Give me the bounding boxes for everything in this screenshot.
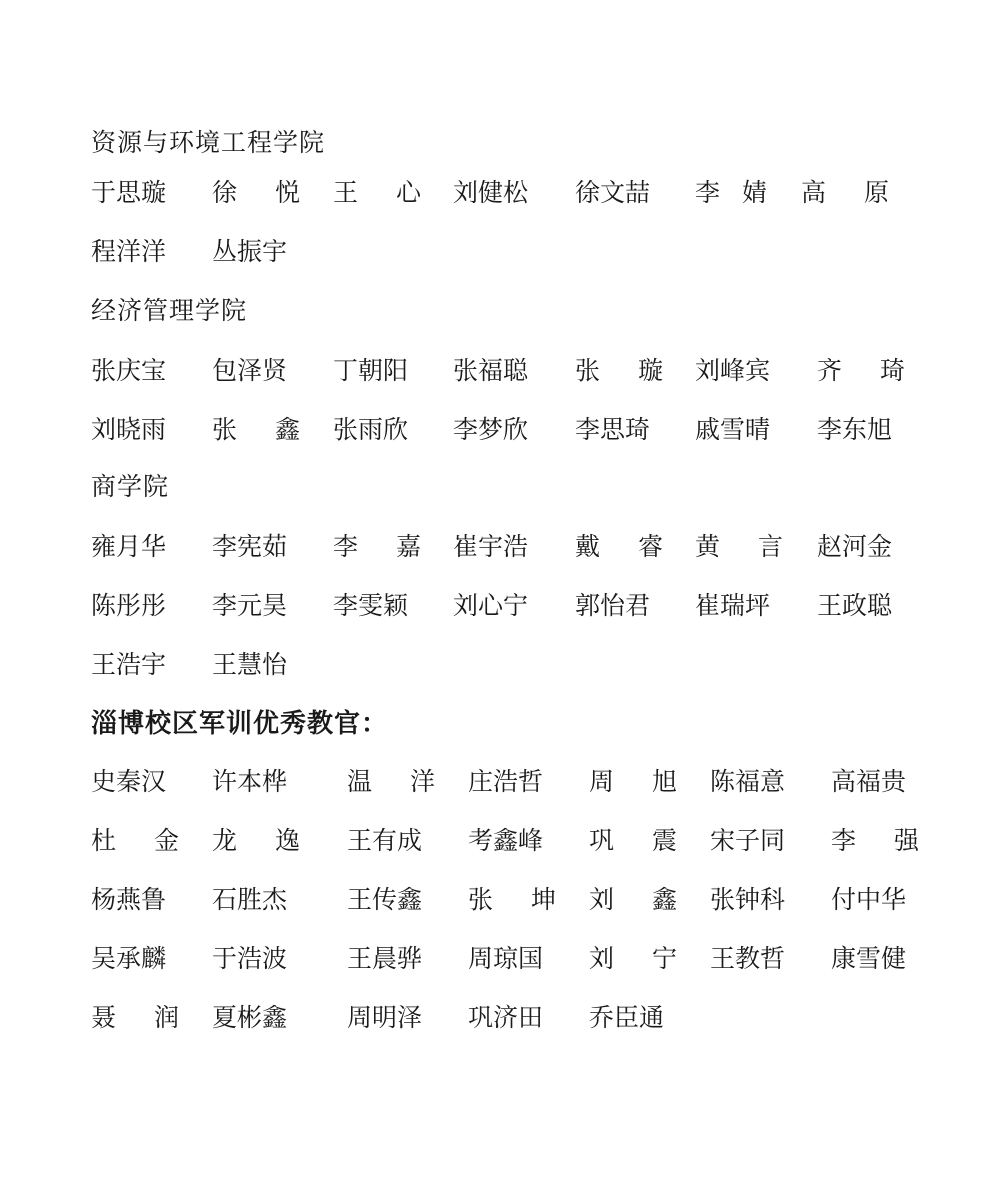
name-item: 高福贵 <box>831 767 919 797</box>
name-item: 李雯颖 <box>333 591 421 621</box>
name-item: 齐琦 <box>817 356 905 386</box>
name-item: 张坤 <box>468 885 556 915</box>
name-item: 刘晓雨 <box>91 415 179 445</box>
name-item: 雍月华 <box>91 532 179 562</box>
section-heading: 经济管理学院 <box>91 296 247 326</box>
name-item: 李梦欣 <box>453 415 541 445</box>
name-item: 李强 <box>831 826 919 856</box>
name-item: 张庆宝 <box>91 356 179 386</box>
name-item: 丁朝阳 <box>333 356 421 386</box>
name-item: 许本桦 <box>212 767 300 797</box>
name-item: 李思琦 <box>575 415 663 445</box>
name-item: 龙逸 <box>212 826 300 856</box>
name-item: 李东旭 <box>817 415 905 445</box>
name-item: 王政聪 <box>817 591 905 621</box>
section-heading: 商学院 <box>91 472 169 502</box>
name-item: 戴睿 <box>575 532 663 562</box>
name-item: 张鑫 <box>212 415 300 445</box>
name-item: 陈彤彤 <box>91 591 179 621</box>
name-item: 王心 <box>333 178 421 208</box>
name-item: 王浩宇 <box>91 650 179 680</box>
name-item: 张福聪 <box>453 356 541 386</box>
name-item: 黄言 <box>695 532 783 562</box>
name-item: 考鑫峰 <box>468 826 556 856</box>
name-item: 周旭 <box>589 767 677 797</box>
name-item: 张钟科 <box>710 885 798 915</box>
name-item: 王慧怡 <box>212 650 300 680</box>
name-item: 刘健松 <box>453 178 541 208</box>
name-item: 王有成 <box>347 826 435 856</box>
name-item: 丛振宇 <box>212 237 300 267</box>
name-item: 于思璇 <box>91 178 179 208</box>
name-item: 宋子同 <box>710 826 798 856</box>
name-item: 徐悦 <box>212 178 300 208</box>
name-item: 温洋 <box>347 767 435 797</box>
name-item: 乔臣通 <box>589 1003 677 1033</box>
name-item: 刘宁 <box>589 944 677 974</box>
name-item: 李嘉 <box>333 532 421 562</box>
name-item: 徐文喆 <box>575 178 663 208</box>
name-item: 杜金 <box>91 826 179 856</box>
name-item: 郭怡君 <box>575 591 663 621</box>
name-item: 刘鑫 <box>589 885 677 915</box>
name-item: 崔瑞坪 <box>695 591 783 621</box>
name-item: 康雪健 <box>831 944 919 974</box>
name-item: 高原 <box>801 178 889 208</box>
name-item: 王教哲 <box>710 944 798 974</box>
name-item: 王晨骅 <box>347 944 435 974</box>
name-item: 于浩波 <box>212 944 300 974</box>
name-item: 刘心宁 <box>453 591 541 621</box>
name-item: 巩济田 <box>468 1003 556 1033</box>
name-item: 吴承麟 <box>91 944 179 974</box>
name-item: 张璇 <box>575 356 663 386</box>
name-item: 周明泽 <box>347 1003 435 1033</box>
name-item: 聂润 <box>91 1003 179 1033</box>
name-item: 庄浩哲 <box>468 767 556 797</box>
name-item: 王传鑫 <box>347 885 435 915</box>
name-item: 崔宇浩 <box>453 532 541 562</box>
name-item: 史秦汉 <box>91 767 179 797</box>
name-item: 巩震 <box>589 826 677 856</box>
name-item: 戚雪晴 <box>695 415 783 445</box>
name-item: 付中华 <box>831 885 919 915</box>
name-item: 李宪茹 <box>212 532 300 562</box>
section-heading: 资源与环境工程学院 <box>91 128 325 158</box>
name-item: 李元昊 <box>212 591 300 621</box>
name-item: 张雨欣 <box>333 415 421 445</box>
name-item: 程洋洋 <box>91 237 179 267</box>
name-item: 赵河金 <box>817 532 905 562</box>
name-item: 夏彬鑫 <box>212 1003 300 1033</box>
name-item: 石胜杰 <box>212 885 300 915</box>
name-item: 包泽贤 <box>212 356 300 386</box>
name-item: 刘峰宾 <box>695 356 783 386</box>
name-item: 周琼国 <box>468 944 556 974</box>
name-item: 杨燕鲁 <box>91 885 179 915</box>
name-item: 陈福意 <box>710 767 798 797</box>
section-heading-instructors: 淄博校区军训优秀教官： <box>91 709 388 739</box>
name-item: 李婧 <box>695 178 767 208</box>
